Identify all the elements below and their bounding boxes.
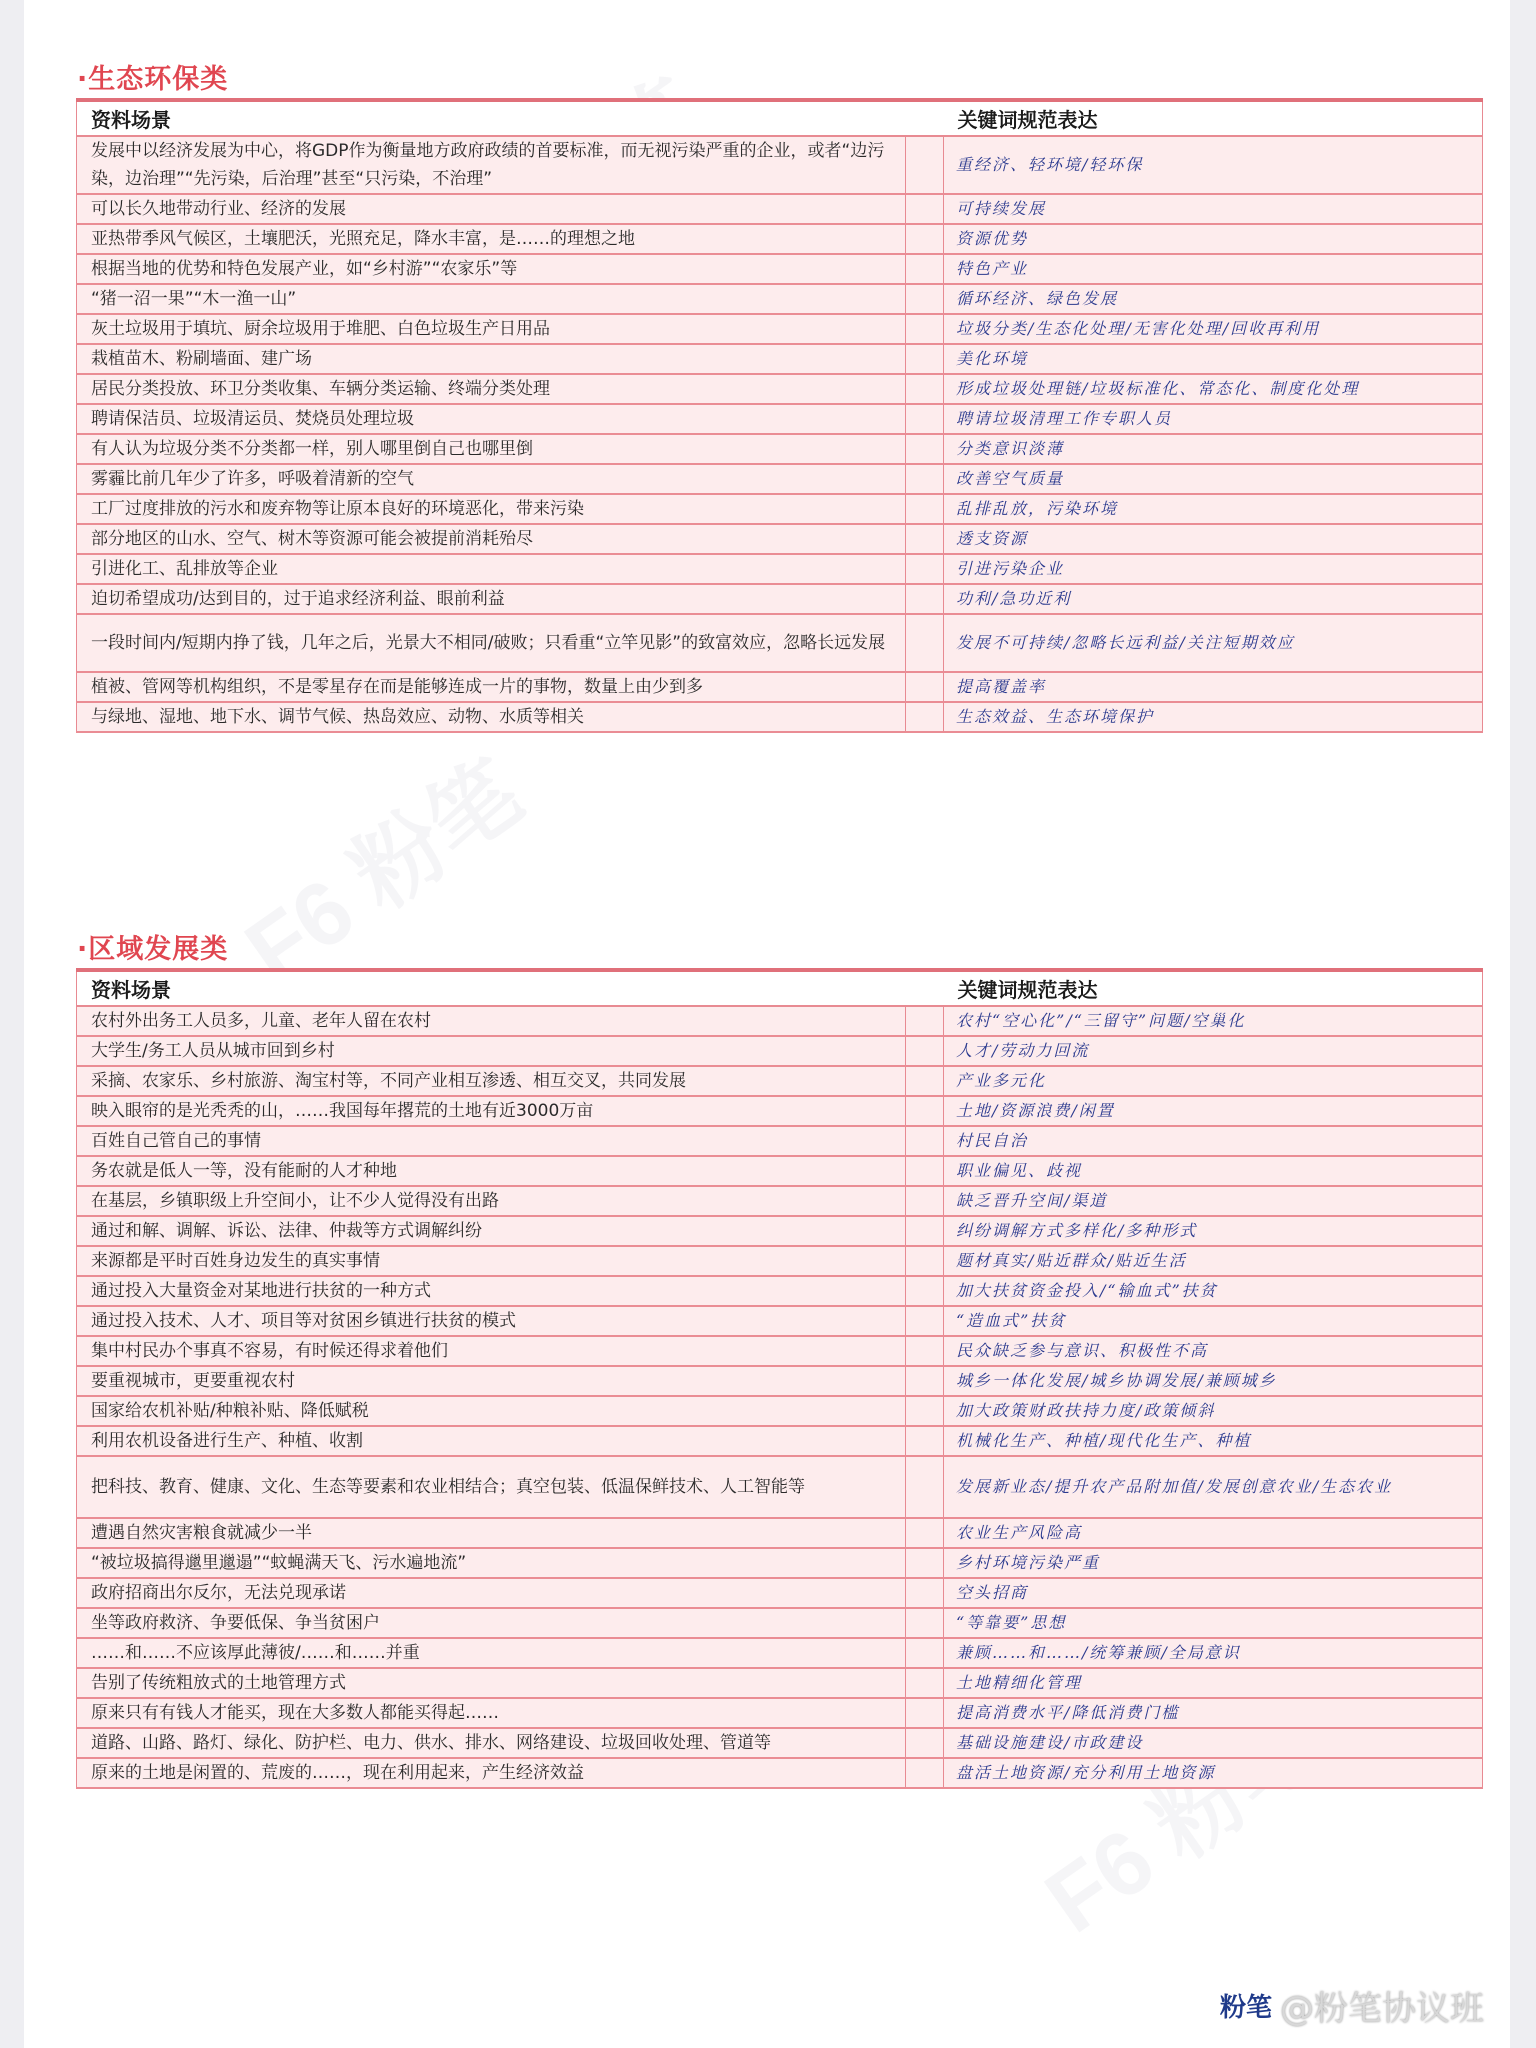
table-row: 原来的土地是闲置的、荒废的……，现在利用起来，产生经济效益盘活土地资源/充分利用… bbox=[77, 1758, 1483, 1788]
table-row: 集中村民办个事真不容易，有时候还得求着他们民众缺乏参与意识、积极性不高 bbox=[77, 1336, 1483, 1366]
scene-cell: 原来的土地是闲置的、荒废的……，现在利用起来，产生经济效益 bbox=[77, 1758, 906, 1788]
spacer-cell bbox=[906, 1006, 944, 1036]
spacer-cell bbox=[906, 1758, 944, 1788]
table-row: 务农就是低人一等，没有能耐的人才种地职业偏见、歧视 bbox=[77, 1156, 1483, 1186]
table-row: 采摘、农家乐、乡村旅游、淘宝村等，不同产业相互渗透、相互交叉，共同发展产业多元化 bbox=[77, 1066, 1483, 1096]
section-title: ·生态环保类 bbox=[77, 62, 1482, 98]
table-row: 在基层，乡镇职级上升空间小，让不少人觉得没有出路缺乏晋升空间/渠道 bbox=[77, 1186, 1483, 1216]
scene-cell: 告别了传统粗放式的土地管理方式 bbox=[77, 1668, 906, 1698]
table-row: 一段时间内/短期内挣了钱，几年之后，光景大不相同/破败；只看重“立竿见影”的致富… bbox=[77, 614, 1483, 672]
spacer-cell bbox=[906, 702, 944, 732]
keyword-cell: 机械化生产、种植/现代化生产、种植 bbox=[944, 1426, 1483, 1456]
table-row: 要重视城市，更要重视农村城乡一体化发展/城乡协调发展/兼顾城乡 bbox=[77, 1366, 1483, 1396]
spacer-cell bbox=[906, 554, 944, 584]
table-row: 灰土垃圾用于填坑、厨余垃圾用于堆肥、白色垃圾生产日用品垃圾分类/生态化处理/无害… bbox=[77, 314, 1483, 344]
spacer-cell bbox=[906, 1638, 944, 1668]
scene-cell: 国家给农机补贴/种粮补贴、降低赋税 bbox=[77, 1396, 906, 1426]
table-row: 植被、管网等机构组织，不是零星存在而是能够连成一片的事物，数量上由少到多提高覆盖… bbox=[77, 672, 1483, 702]
keyword-cell: 盘活土地资源/充分利用土地资源 bbox=[944, 1758, 1483, 1788]
table-row: 百姓自己管自己的事情村民自治 bbox=[77, 1126, 1483, 1156]
scene-cell: ……和……不应该厚此薄彼/……和……并重 bbox=[77, 1638, 906, 1668]
table-row: 告别了传统粗放式的土地管理方式土地精细化管理 bbox=[77, 1668, 1483, 1698]
spacer-cell bbox=[906, 1728, 944, 1758]
table-row: 农村外出务工人员多，儿童、老年人留在农村农村“空心化”/“三留守”问题/空巢化 bbox=[77, 1006, 1483, 1036]
table-row: 居民分类投放、环卫分类收集、车辆分类运输、终端分类处理形成垃圾处理链/垃圾标准化… bbox=[77, 374, 1483, 404]
keyword-cell: 村民自治 bbox=[944, 1126, 1483, 1156]
scene-cell: 百姓自己管自己的事情 bbox=[77, 1126, 906, 1156]
spacer-cell bbox=[906, 1336, 944, 1366]
section-title: ·区域发展类 bbox=[77, 932, 1482, 968]
table-row: 可以长久地带动行业、经济的发展可持续发展 bbox=[77, 194, 1483, 224]
keyword-cell: “造血式”扶贫 bbox=[944, 1306, 1483, 1336]
keyword-cell: 提高覆盖率 bbox=[944, 672, 1483, 702]
table-row: 政府招商出尔反尔，无法兑现承诺空头招商 bbox=[77, 1578, 1483, 1608]
scene-cell: 发展中以经济发展为中心，将GDP作为衡量地方政府政绩的首要标准，而无视污染严重的… bbox=[77, 136, 906, 194]
scene-cell: 集中村民办个事真不容易，有时候还得求着他们 bbox=[77, 1336, 906, 1366]
spacer-cell bbox=[906, 1396, 944, 1426]
table-row: 大学生/务工人员从城市回到乡村人才/劳动力回流 bbox=[77, 1036, 1483, 1066]
table-row: 原来只有有钱人才能买，现在大多数人都能买得起……提高消费水平/降低消费门槛 bbox=[77, 1698, 1483, 1728]
keyword-cell: 农村“空心化”/“三留守”问题/空巢化 bbox=[944, 1006, 1483, 1036]
table-row: 利用农机设备进行生产、种植、收割机械化生产、种植/现代化生产、种植 bbox=[77, 1426, 1483, 1456]
keyword-cell: 垃圾分类/生态化处理/无害化处理/回收再利用 bbox=[944, 314, 1483, 344]
keyword-cell: 纠纷调解方式多样化/多种形式 bbox=[944, 1216, 1483, 1246]
scene-cell: 灰土垃圾用于填坑、厨余垃圾用于堆肥、白色垃圾生产日用品 bbox=[77, 314, 906, 344]
table-row: 发展中以经济发展为中心，将GDP作为衡量地方政府政绩的首要标准，而无视污染严重的… bbox=[77, 136, 1483, 194]
table-row: 通过和解、调解、诉讼、法律、仲裁等方式调解纠纷纠纷调解方式多样化/多种形式 bbox=[77, 1216, 1483, 1246]
keyword-cell: 城乡一体化发展/城乡协调发展/兼顾城乡 bbox=[944, 1366, 1483, 1396]
spacer-cell bbox=[906, 1216, 944, 1246]
scene-cell: 大学生/务工人员从城市回到乡村 bbox=[77, 1036, 906, 1066]
table-row: 雾霾比前几年少了许多，呼吸着清新的空气改善空气质量 bbox=[77, 464, 1483, 494]
keyword-cell: 透支资源 bbox=[944, 524, 1483, 554]
scene-cell: 可以长久地带动行业、经济的发展 bbox=[77, 194, 906, 224]
section-regional-development: ·区域发展类 资料场景 关键词规范表达 农村外出务工人员多，儿童、老年人留在农村… bbox=[76, 932, 1482, 1789]
scene-cell: 一段时间内/短期内挣了钱，几年之后，光景大不相同/破败；只看重“立竿见影”的致富… bbox=[77, 614, 906, 672]
scene-cell: 道路、山路、路灯、绿化、防护栏、电力、供水、排水、网络建设、垃圾回收处理、管道等 bbox=[77, 1728, 906, 1758]
scene-cell: 亚热带季风气候区，土壤肥沃，光照充足，降水丰富，是……的理想之地 bbox=[77, 224, 906, 254]
keyword-cell: 改善空气质量 bbox=[944, 464, 1483, 494]
spacer-cell bbox=[906, 314, 944, 344]
scene-cell: 通过和解、调解、诉讼、法律、仲裁等方式调解纠纷 bbox=[77, 1216, 906, 1246]
document-page: F6 粉笔 F6 粉笔 F6 粉笔 F6 粉笔 F6 粉笔 F6 粉笔 ·生态环… bbox=[24, 0, 1510, 2048]
spacer-cell bbox=[906, 1608, 944, 1638]
table-row: 坐等政府救济、争要低保、争当贫困户“等靠要”思想 bbox=[77, 1608, 1483, 1638]
spacer-cell bbox=[906, 1156, 944, 1186]
keyword-cell: 引进污染企业 bbox=[944, 554, 1483, 584]
keyword-cell: 加大扶贫资金投入/“输血式”扶贫 bbox=[944, 1276, 1483, 1306]
keyword-cell: 基础设施建设/市政建设 bbox=[944, 1728, 1483, 1758]
spacer-cell bbox=[906, 464, 944, 494]
table-row: 把科技、教育、健康、文化、生态等要素和农业相结合；真空包装、低温保鲜技术、人工智… bbox=[77, 1456, 1483, 1518]
scene-cell: 政府招商出尔反尔，无法兑现承诺 bbox=[77, 1578, 906, 1608]
spacer-cell bbox=[906, 614, 944, 672]
spacer-cell bbox=[906, 254, 944, 284]
scene-cell: 农村外出务工人员多，儿童、老年人留在农村 bbox=[77, 1006, 906, 1036]
header-scene: 资料场景 bbox=[77, 100, 944, 136]
scene-cell: 利用农机设备进行生产、种植、收割 bbox=[77, 1426, 906, 1456]
keyword-cell: 功利/急功近利 bbox=[944, 584, 1483, 614]
scene-cell: 植被、管网等机构组织，不是零星存在而是能够连成一片的事物，数量上由少到多 bbox=[77, 672, 906, 702]
keyword-cell: 生态效益、生态环境保护 bbox=[944, 702, 1483, 732]
keyword-cell: 人才/劳动力回流 bbox=[944, 1036, 1483, 1066]
scene-cell: 来源都是平时百姓身边发生的真实事情 bbox=[77, 1246, 906, 1276]
keyword-cell: 发展新业态/提升农产品附加值/发展创意农业/生态农业 bbox=[944, 1456, 1483, 1518]
keyword-cell: 发展不可持续/忽略长远利益/关注短期效应 bbox=[944, 614, 1483, 672]
keyword-cell: 民众缺乏参与意识、积极性不高 bbox=[944, 1336, 1483, 1366]
scene-cell: 雾霾比前几年少了许多，呼吸着清新的空气 bbox=[77, 464, 906, 494]
spacer-cell bbox=[906, 224, 944, 254]
table-row: “被垃圾搞得邋里邋遢”“蚊蝇满天飞、污水遍地流”乡村环境污染严重 bbox=[77, 1548, 1483, 1578]
spacer-cell bbox=[906, 584, 944, 614]
scene-cell: 通过投入大量资金对某地进行扶贫的一种方式 bbox=[77, 1276, 906, 1306]
spacer-cell bbox=[906, 344, 944, 374]
scene-cell: 遭遇自然灾害粮食就减少一半 bbox=[77, 1518, 906, 1548]
table-row: 映入眼帘的是光秃秃的山，……我国每年撂荒的土地有近3000万亩土地/资源浪费/闲… bbox=[77, 1096, 1483, 1126]
scene-cell: 与绿地、湿地、地下水、调节气候、热岛效应、动物、水质等相关 bbox=[77, 702, 906, 732]
spacer-cell bbox=[906, 1668, 944, 1698]
table-row: ……和……不应该厚此薄彼/……和……并重兼顾……和……/统筹兼顾/全局意识 bbox=[77, 1638, 1483, 1668]
keyword-cell: “等靠要”思想 bbox=[944, 1608, 1483, 1638]
scene-cell: 务农就是低人一等，没有能耐的人才种地 bbox=[77, 1156, 906, 1186]
scene-cell: 居民分类投放、环卫分类收集、车辆分类运输、终端分类处理 bbox=[77, 374, 906, 404]
table-row: 引进化工、乱排放等企业引进污染企业 bbox=[77, 554, 1483, 584]
scene-cell: 把科技、教育、健康、文化、生态等要素和农业相结合；真空包装、低温保鲜技术、人工智… bbox=[77, 1456, 906, 1518]
table-row: 聘请保洁员、垃圾清运员、焚烧员处理垃圾聘请垃圾清理工作专职人员 bbox=[77, 404, 1483, 434]
keyword-cell: 分类意识淡薄 bbox=[944, 434, 1483, 464]
spacer-cell bbox=[906, 1548, 944, 1578]
keyword-cell: 乡村环境污染严重 bbox=[944, 1548, 1483, 1578]
keyword-cell: 农业生产风险高 bbox=[944, 1518, 1483, 1548]
scene-cell: “被垃圾搞得邋里邋遢”“蚊蝇满天飞、污水遍地流” bbox=[77, 1548, 906, 1578]
scene-cell: 聘请保洁员、垃圾清运员、焚烧员处理垃圾 bbox=[77, 404, 906, 434]
table-row: 与绿地、湿地、地下水、调节气候、热岛效应、动物、水质等相关生态效益、生态环境保护 bbox=[77, 702, 1483, 732]
header-keyword: 关键词规范表达 bbox=[944, 100, 1483, 136]
scene-cell: 工厂过度排放的污水和废弃物等让原本良好的环境恶化，带来污染 bbox=[77, 494, 906, 524]
spacer-cell bbox=[906, 1518, 944, 1548]
footer-watermark: 粉笔 @粉笔协议班 bbox=[1220, 1981, 1484, 2030]
keyword-cell: 土地/资源浪费/闲置 bbox=[944, 1096, 1483, 1126]
spacer-cell bbox=[906, 1126, 944, 1156]
keyword-table: 资料场景 关键词规范表达 发展中以经济发展为中心，将GDP作为衡量地方政府政绩的… bbox=[76, 98, 1483, 733]
keyword-cell: 题材真实/贴近群众/贴近生活 bbox=[944, 1246, 1483, 1276]
table-row: “猪一沼一果”“木一渔一山”循环经济、绿色发展 bbox=[77, 284, 1483, 314]
spacer-cell bbox=[906, 1036, 944, 1066]
scene-cell: 根据当地的优势和特色发展产业，如“乡村游”“农家乐”等 bbox=[77, 254, 906, 284]
table-row: 有人认为垃圾分类不分类都一样，别人哪里倒自己也哪里倒分类意识淡薄 bbox=[77, 434, 1483, 464]
keyword-cell: 特色产业 bbox=[944, 254, 1483, 284]
scene-cell: 引进化工、乱排放等企业 bbox=[77, 554, 906, 584]
scene-cell: 要重视城市，更要重视农村 bbox=[77, 1366, 906, 1396]
spacer-cell bbox=[906, 1366, 944, 1396]
keyword-cell: 空头招商 bbox=[944, 1578, 1483, 1608]
keyword-cell: 加大政策财政扶持力度/政策倾斜 bbox=[944, 1396, 1483, 1426]
table-header-row: 资料场景 关键词规范表达 bbox=[77, 970, 1483, 1006]
keyword-cell: 可持续发展 bbox=[944, 194, 1483, 224]
scene-cell: 采摘、农家乐、乡村旅游、淘宝村等，不同产业相互渗透、相互交叉，共同发展 bbox=[77, 1066, 906, 1096]
keyword-cell: 提高消费水平/降低消费门槛 bbox=[944, 1698, 1483, 1728]
keyword-cell: 土地精细化管理 bbox=[944, 1668, 1483, 1698]
table-row: 来源都是平时百姓身边发生的真实事情题材真实/贴近群众/贴近生活 bbox=[77, 1246, 1483, 1276]
spacer-cell bbox=[906, 524, 944, 554]
table-row: 通过投入大量资金对某地进行扶贫的一种方式加大扶贫资金投入/“输血式”扶贫 bbox=[77, 1276, 1483, 1306]
scene-cell: 通过投入技术、人才、项目等对贫困乡镇进行扶贫的模式 bbox=[77, 1306, 906, 1336]
scene-cell: 坐等政府救济、争要低保、争当贫困户 bbox=[77, 1608, 906, 1638]
spacer-cell bbox=[906, 1698, 944, 1728]
spacer-cell bbox=[906, 194, 944, 224]
table-row: 栽植苗木、粉刷墙面、建广场美化环境 bbox=[77, 344, 1483, 374]
spacer-cell bbox=[906, 494, 944, 524]
spacer-cell bbox=[906, 136, 944, 194]
keyword-cell: 形成垃圾处理链/垃圾标准化、常态化、制度化处理 bbox=[944, 374, 1483, 404]
spacer-cell bbox=[906, 1456, 944, 1518]
header-keyword: 关键词规范表达 bbox=[944, 970, 1483, 1006]
scene-cell: 迫切希望成功/达到目的，过于追求经济利益、眼前利益 bbox=[77, 584, 906, 614]
spacer-cell bbox=[906, 1096, 944, 1126]
header-scene: 资料场景 bbox=[77, 970, 944, 1006]
keyword-cell: 美化环境 bbox=[944, 344, 1483, 374]
scene-cell: 部分地区的山水、空气、树木等资源可能会被提前消耗殆尽 bbox=[77, 524, 906, 554]
keyword-cell: 聘请垃圾清理工作专职人员 bbox=[944, 404, 1483, 434]
table-row: 遭遇自然灾害粮食就减少一半农业生产风险高 bbox=[77, 1518, 1483, 1548]
spacer-cell bbox=[906, 1276, 944, 1306]
keyword-table: 资料场景 关键词规范表达 农村外出务工人员多，儿童、老年人留在农村农村“空心化”… bbox=[76, 968, 1483, 1789]
table-row: 根据当地的优势和特色发展产业，如“乡村游”“农家乐”等特色产业 bbox=[77, 254, 1483, 284]
scene-cell: 栽植苗木、粉刷墙面、建广场 bbox=[77, 344, 906, 374]
fenbi-logo: 粉笔 bbox=[1220, 1987, 1272, 2024]
keyword-cell: 产业多元化 bbox=[944, 1066, 1483, 1096]
table-row: 通过投入技术、人才、项目等对贫困乡镇进行扶贫的模式“造血式”扶贫 bbox=[77, 1306, 1483, 1336]
spacer-cell bbox=[906, 404, 944, 434]
keyword-cell: 重经济、轻环境/轻环保 bbox=[944, 136, 1483, 194]
spacer-cell bbox=[906, 672, 944, 702]
spacer-cell bbox=[906, 1426, 944, 1456]
scene-cell: 映入眼帘的是光秃秃的山，……我国每年撂荒的土地有近3000万亩 bbox=[77, 1096, 906, 1126]
spacer-cell bbox=[906, 1066, 944, 1096]
keyword-cell: 资源优势 bbox=[944, 224, 1483, 254]
table-row: 道路、山路、路灯、绿化、防护栏、电力、供水、排水、网络建设、垃圾回收处理、管道等… bbox=[77, 1728, 1483, 1758]
spacer-cell bbox=[906, 1578, 944, 1608]
weibo-handle: @粉笔协议班 bbox=[1280, 1981, 1484, 2030]
scene-cell: 在基层，乡镇职级上升空间小，让不少人觉得没有出路 bbox=[77, 1186, 906, 1216]
keyword-cell: 兼顾……和……/统筹兼顾/全局意识 bbox=[944, 1638, 1483, 1668]
keyword-cell: 乱排乱放，污染环境 bbox=[944, 494, 1483, 524]
spacer-cell bbox=[906, 434, 944, 464]
spacer-cell bbox=[906, 1306, 944, 1336]
table-row: 工厂过度排放的污水和废弃物等让原本良好的环境恶化，带来污染乱排乱放，污染环境 bbox=[77, 494, 1483, 524]
scene-cell: 有人认为垃圾分类不分类都一样，别人哪里倒自己也哪里倒 bbox=[77, 434, 906, 464]
section-eco-environment: ·生态环保类 资料场景 关键词规范表达 发展中以经济发展为中心，将GDP作为衡量… bbox=[76, 62, 1482, 733]
keyword-cell: 职业偏见、歧视 bbox=[944, 1156, 1483, 1186]
spacer-cell bbox=[906, 1186, 944, 1216]
table-header-row: 资料场景 关键词规范表达 bbox=[77, 100, 1483, 136]
keyword-cell: 缺乏晋升空间/渠道 bbox=[944, 1186, 1483, 1216]
scene-cell: “猪一沼一果”“木一渔一山” bbox=[77, 284, 906, 314]
table-row: 迫切希望成功/达到目的，过于追求经济利益、眼前利益功利/急功近利 bbox=[77, 584, 1483, 614]
scene-cell: 原来只有有钱人才能买，现在大多数人都能买得起…… bbox=[77, 1698, 906, 1728]
spacer-cell bbox=[906, 1246, 944, 1276]
table-row: 部分地区的山水、空气、树木等资源可能会被提前消耗殆尽透支资源 bbox=[77, 524, 1483, 554]
spacer-cell bbox=[906, 374, 944, 404]
keyword-cell: 循环经济、绿色发展 bbox=[944, 284, 1483, 314]
table-row: 国家给农机补贴/种粮补贴、降低赋税加大政策财政扶持力度/政策倾斜 bbox=[77, 1396, 1483, 1426]
table-row: 亚热带季风气候区，土壤肥沃，光照充足，降水丰富，是……的理想之地资源优势 bbox=[77, 224, 1483, 254]
spacer-cell bbox=[906, 284, 944, 314]
